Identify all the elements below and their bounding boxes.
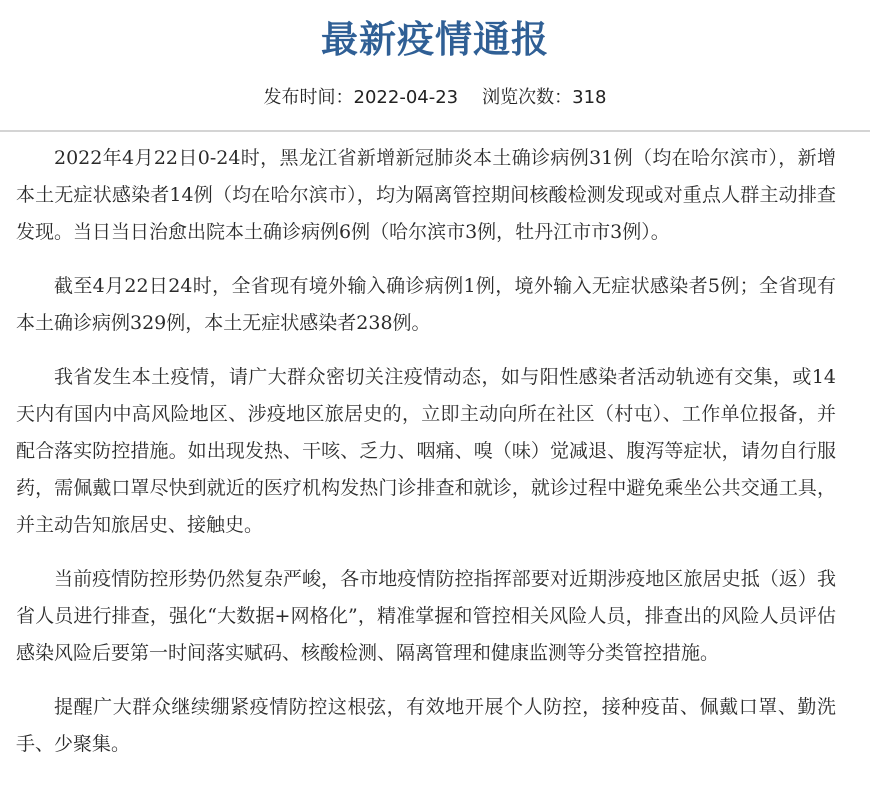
article-meta: 发布时间：2022-04-23浏览次数：318 [0, 84, 870, 112]
views-count: 318 [572, 87, 606, 108]
paragraph-new-cases: 2022年4月22日0-24时，黑龙江省新增新冠肺炎本土确诊病例31例（均在哈尔… [16, 140, 836, 251]
paragraph-current-totals: 截至4月22日24时，全省现有境外输入确诊病例1例，境外输入无症状感染者5例；全… [16, 268, 836, 342]
paragraph-public-guidance: 我省发生本土疫情，请广大群众密切关注疫情动态，如与阳性感染者活动轨迹有交集，或1… [16, 359, 836, 544]
paragraph-control-measures: 当前疫情防控形势仍然复杂严峻，各市地疫情防控指挥部要对近期涉疫地区旅居史抵（返）… [16, 561, 836, 672]
publish-date: 2022-04-23 [354, 87, 459, 108]
publish-label: 发布时间： [264, 87, 354, 108]
page-title: 最新疫情通报 [0, 14, 870, 66]
views-label: 浏览次数： [482, 87, 572, 108]
paragraph-reminder: 提醒广大群众继续绷紧疫情防控这根弦，有效地开展个人防控，接种疫苗、佩戴口罩、勤洗… [16, 689, 836, 763]
header-divider [0, 130, 870, 132]
article-body: 2022年4月22日0-24时，黑龙江省新增新冠肺炎本土确诊病例31例（均在哈尔… [16, 140, 836, 780]
